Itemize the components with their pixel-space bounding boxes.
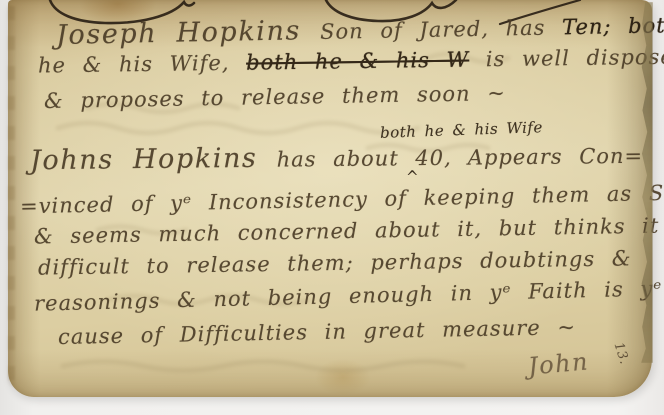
struck-through-text: both he & his W — [246, 48, 469, 75]
handwritten-line: Johns Hopkins has about 40,Appears Con= — [30, 139, 643, 176]
text-segment: Son of Jared, has — [320, 15, 562, 44]
text-segment: is well disposed — [469, 44, 664, 71]
deckled-left-edge — [8, 6, 15, 387]
insertion-caret-mark: ^ — [406, 166, 419, 188]
text-segment: Appears Con= — [468, 144, 644, 170]
text-segment: has about 40, — [277, 146, 468, 172]
text-segment: Joseph Hopkins — [56, 15, 321, 51]
text-segment: Johns Hopkins — [30, 143, 277, 177]
scanner-background: Joseph Hopkins Son of Jared, has Ten; bo… — [0, 0, 664, 415]
text-segment: he & his Wife, — [38, 51, 246, 78]
manuscript-paper: Joseph Hopkins Son of Jared, has Ten; bo… — [8, 0, 652, 397]
catchword: John — [527, 347, 590, 380]
